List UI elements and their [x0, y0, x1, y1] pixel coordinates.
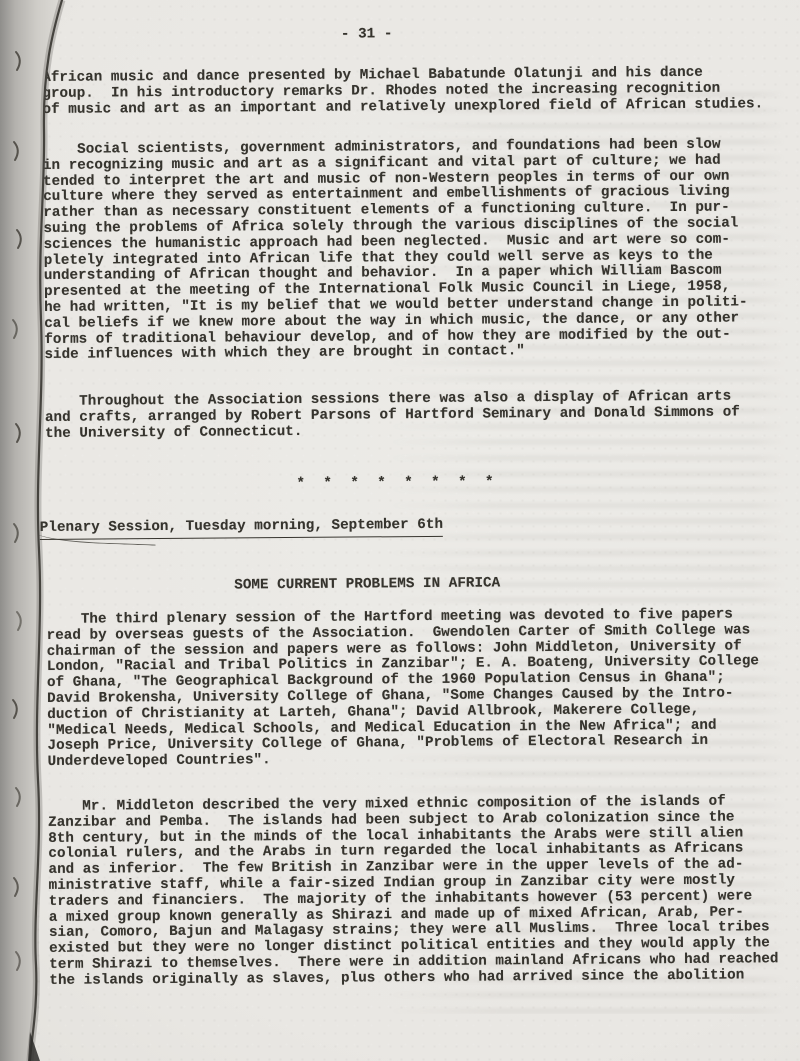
page-number: - 31 -	[341, 27, 393, 43]
typewritten-content: - 31 - African music and dance presented…	[0, 0, 800, 1061]
binding-edge	[0, 0, 80, 1061]
scanned-document-page: - 31 - African music and dance presented…	[0, 0, 800, 1061]
paragraph: Mr. Middleton described the very mixed e…	[48, 794, 779, 989]
session-heading: Plenary Session, Tuesday morning, Septem…	[40, 518, 443, 540]
asterisk-separator: * * * * * * * *	[296, 475, 494, 492]
paragraph: African music and dance presented by Mic…	[42, 65, 763, 118]
paragraph: The third plenary session of the Hartfor…	[46, 607, 759, 771]
paragraph: Social scientists, government administra…	[43, 137, 748, 364]
section-title: SOME CURRENT PROBLEMS IN AFRICA	[234, 576, 500, 594]
paragraph: Throughout the Association sessions ther…	[45, 389, 740, 442]
torn-edge-graphic	[0, 0, 80, 1061]
